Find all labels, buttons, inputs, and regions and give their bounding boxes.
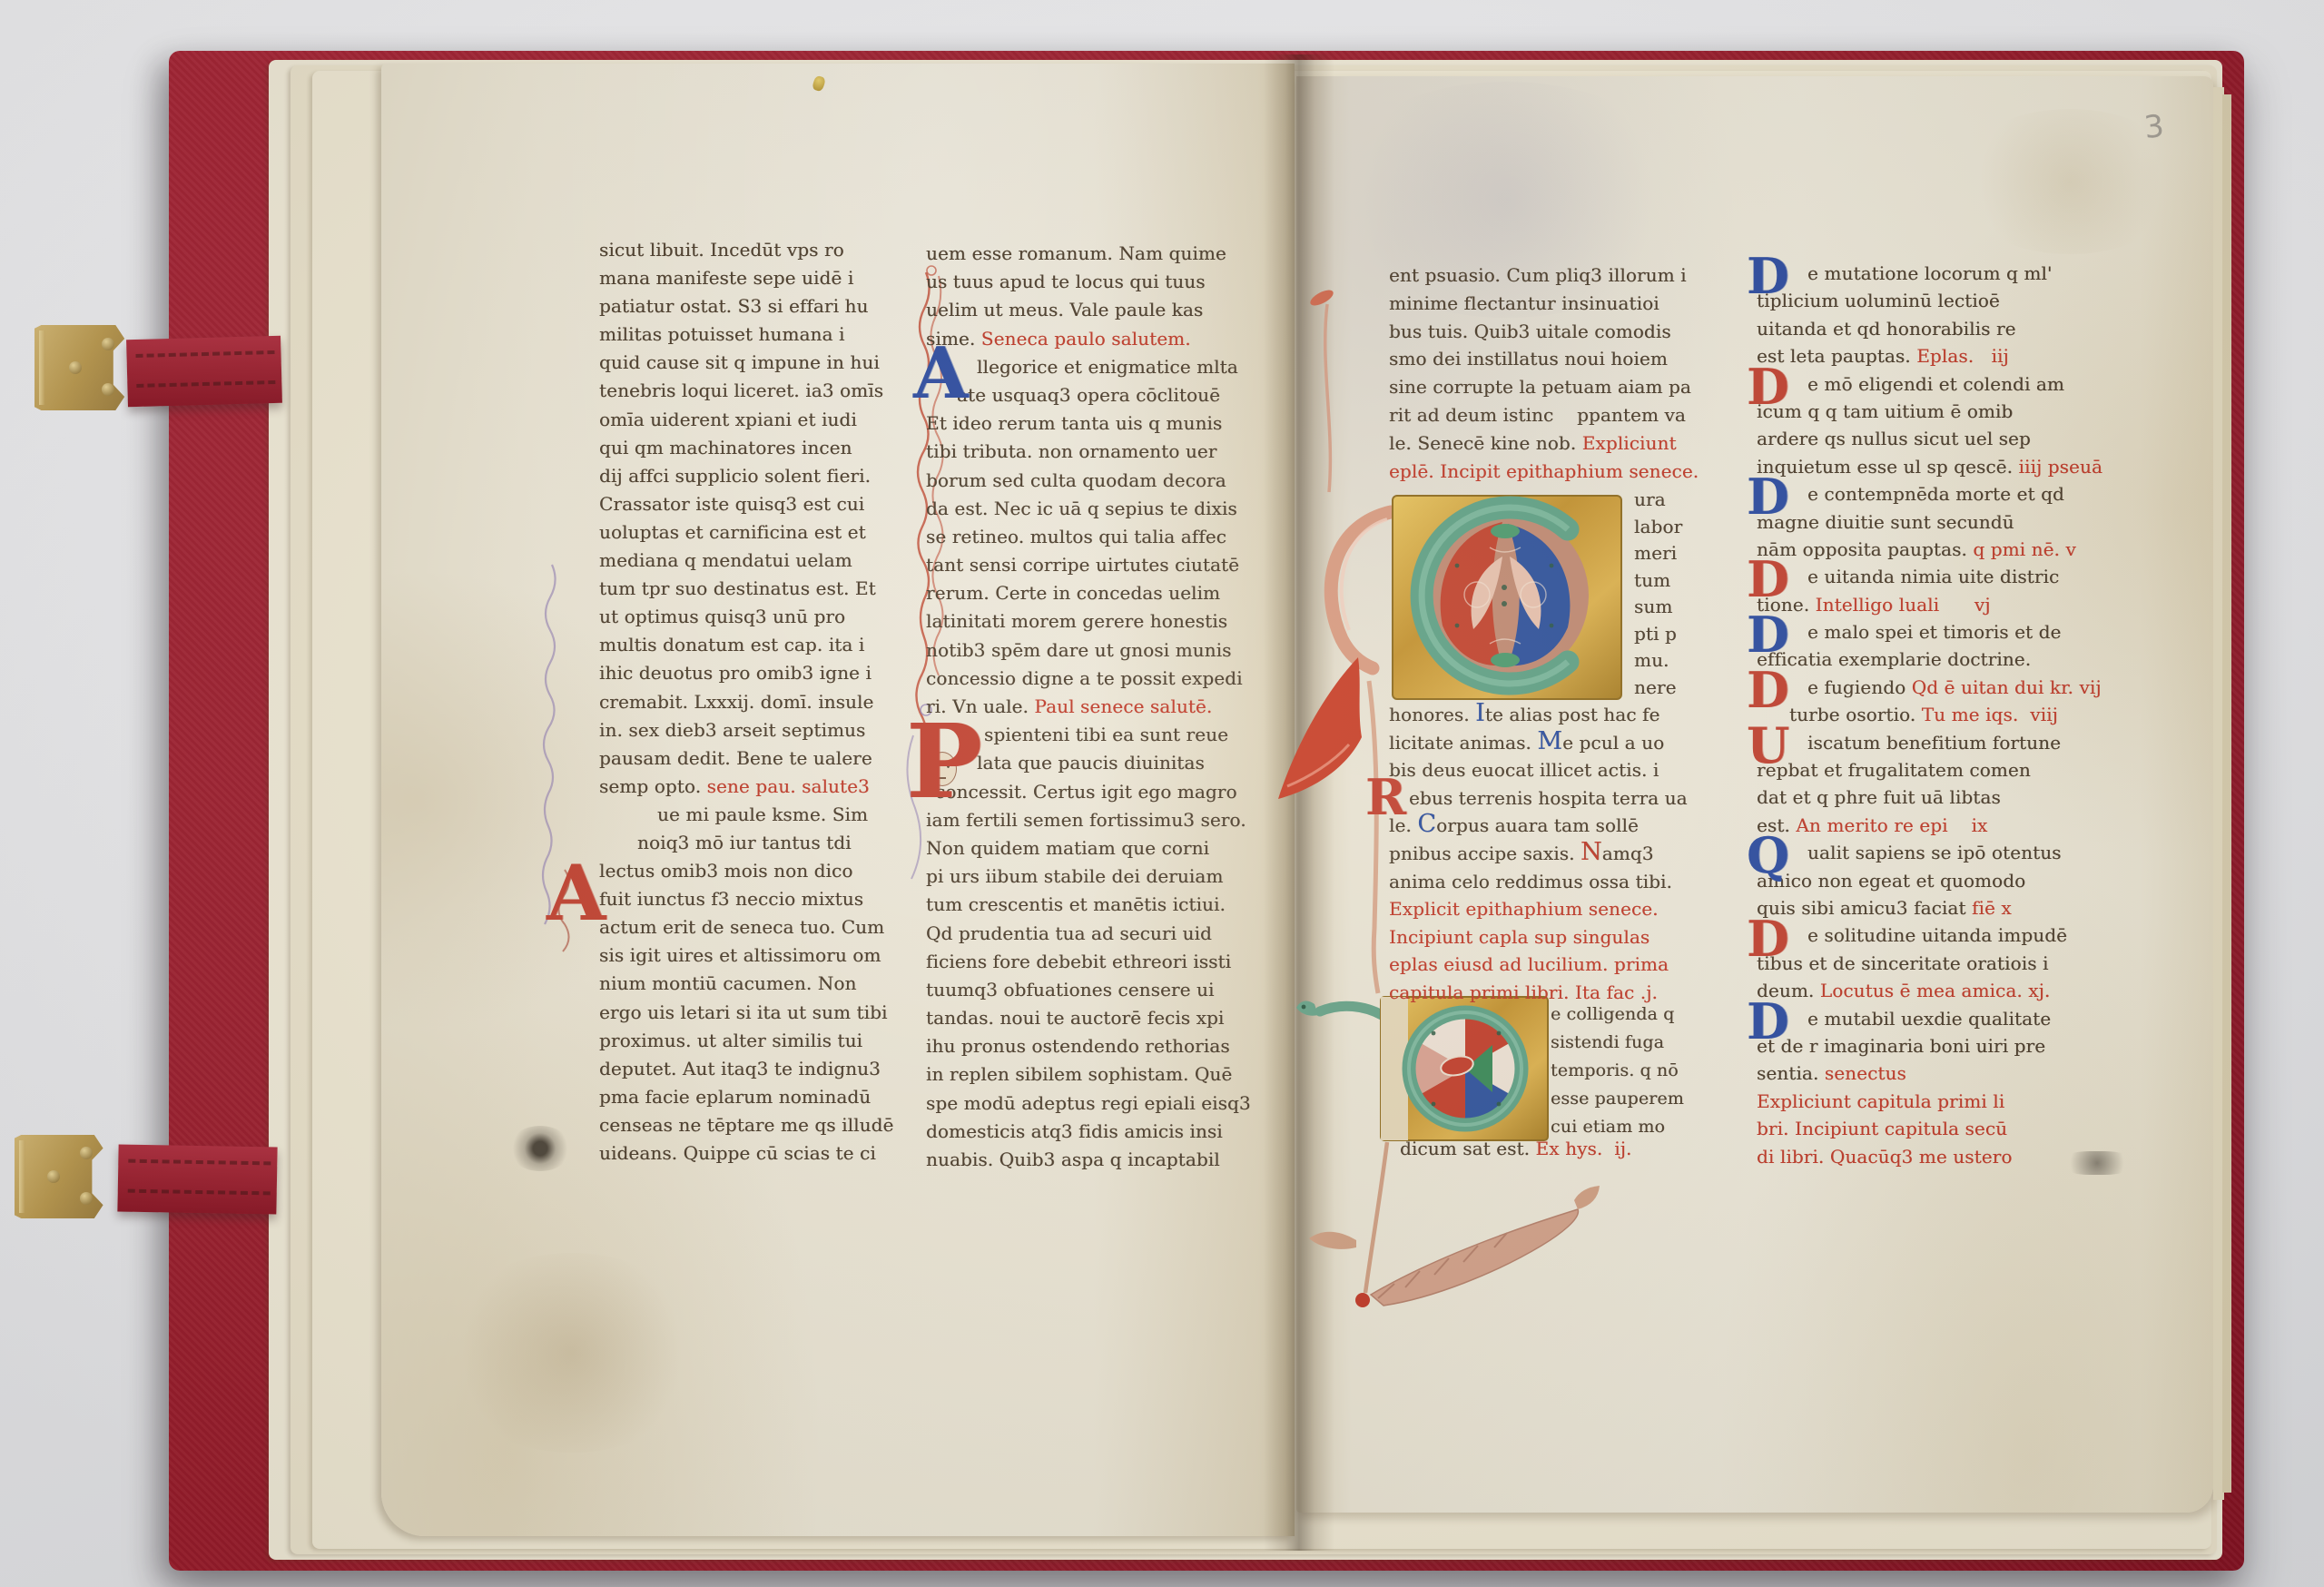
text-line: Explicit epithaphium senece. — [1389, 895, 1678, 923]
text-line: tum crescentis et manētis ictiui. — [926, 891, 1246, 919]
text-line: se retineo. multos qui talia affec — [926, 523, 1246, 551]
text-line: mediana q mendatui uelam — [599, 547, 882, 575]
text-line: pausam dedit. Bene te ualere — [599, 744, 882, 773]
text-line: dat et q phre fuit uā libtas — [1757, 784, 2094, 811]
text-line: ut optimus quisq3 unū pro — [599, 603, 882, 631]
text-line: tant sensi corripe uirtutes ciutatē — [926, 551, 1246, 579]
text-line: uitanda et qd honorabilis re — [1757, 315, 2094, 342]
text-line: labor — [1634, 514, 1716, 541]
text-line: sicut libuit. Incedūt vps ro — [599, 236, 882, 264]
text-line: dicum sat est. Ex hys. ij. — [1400, 1135, 1699, 1162]
pen-initial-U: U — [1747, 725, 1789, 765]
text-line: repbat et frugalitatem comen — [1757, 756, 2094, 784]
text-line: tibi tributa. non ornamento uer — [926, 438, 1246, 466]
text-line: Crassator iste quisq3 est cui — [599, 490, 882, 518]
pen-initial-Q: Q — [1747, 835, 1789, 875]
text-line: uideans. Quippe cū scias te ci — [599, 1139, 882, 1168]
pen-initial-P: P — [906, 721, 982, 804]
text-line: eplē. Incipit epithaphium senece. — [1389, 458, 1678, 486]
text-line: e malo spei et timoris et de — [1757, 618, 2094, 646]
text-line: meri — [1634, 540, 1716, 567]
text-line: tenebris loqui liceret. ia3 omīs — [599, 377, 882, 405]
text-line: ihic deuotus pro omib3 igne i — [599, 659, 882, 687]
text-line: nium montiū cacumen. Non — [599, 970, 882, 998]
text-line: ate usquaq3 opera cōclitouē — [926, 381, 1246, 409]
text-line: sis igit uires et altissimoru om — [599, 941, 882, 970]
text-line: sum — [1634, 594, 1716, 621]
text-line: us tuus apud te locus qui tuus — [926, 268, 1246, 296]
text-line: concessio digne a te possit expedi — [926, 665, 1246, 693]
text-line: latinitati morem gerere honestis — [926, 607, 1246, 636]
text-line: uelim ut meus. Vale paule kas — [926, 296, 1246, 324]
text-line: domesticis atq3 fidis amicis insi — [926, 1118, 1246, 1146]
text-line: est leta pauptas. Eplas. iij — [1757, 342, 2094, 370]
manuscript-photo: sicut libuit. Incedūt vps romana manifes… — [0, 0, 2324, 1587]
text-layer: sicut libuit. Incedūt vps romana manifes… — [0, 0, 2324, 1587]
text-line: bri. Incipiunt capitula secū — [1757, 1115, 2094, 1142]
text-line: le. Senecē kine nob. Expliciunt — [1389, 429, 1678, 458]
text-line: qui qm machinatores incen — [599, 434, 882, 462]
text-line: noiq3 mō iur tantus tdi — [599, 829, 882, 857]
pen-initial-D: D — [1747, 1001, 1789, 1041]
text-line: amico non egeat et quomodo — [1757, 867, 2094, 894]
right-col2: e mutatione locorum q ml'tiplicium uolum… — [1757, 260, 2094, 1170]
text-line: mana manifeste sepe uidē i — [599, 264, 882, 292]
text-line: deum. Locutus ē mea amica. xj. — [1757, 977, 2094, 1004]
text-line: ura — [1634, 487, 1716, 514]
text-line: Qd prudentia tua ad securi uid — [926, 920, 1246, 948]
text-line: di libri. Quacūq3 me ustero — [1757, 1143, 2094, 1170]
text-line: ihu pronus ostendendo rethorias — [926, 1032, 1246, 1060]
text-line: magne diuitie sunt secundū — [1757, 508, 2094, 536]
text-line: icum q q tam uitium ē omib — [1757, 398, 2094, 425]
text-line: sine corrupte la petuam aiam pa — [1389, 373, 1678, 401]
right-col1-top: ent psuasio. Cum pliq3 illorum iminime f… — [1389, 261, 1678, 485]
text-line: borum sed culta quodam decora — [926, 467, 1246, 495]
text-line: tandas. noui te auctorē fecis xpi — [926, 1004, 1246, 1032]
text-line: et de r imaginaria boni uiri pre — [1757, 1032, 2094, 1060]
text-line: da est. Nec ic uā q sepius te dixis — [926, 495, 1246, 523]
text-line: proximus. ut alter similis tui — [599, 1027, 882, 1055]
pen-initial-A: A — [547, 862, 606, 925]
text-line: sistendi fuga — [1551, 1029, 1678, 1057]
text-line: ficiens fore debebit ethreori issti — [926, 948, 1246, 976]
text-line: efficatia exemplarie doctrine. — [1757, 646, 2094, 673]
text-line: notib3 spēm dare ut gnosi munis — [926, 636, 1246, 665]
text-line: e mutabil uexdie qualitate — [1757, 1005, 2094, 1032]
text-line: est. An merito re epi ix — [1757, 812, 2094, 839]
pen-initial-D: D — [1747, 559, 1789, 599]
text-line: tum tpr suo destinatus est. Et — [599, 575, 882, 603]
text-line: quid cause sit q impune in hui — [599, 349, 882, 377]
text-line: Incipiunt capla sup singulas — [1389, 923, 1678, 951]
text-line: pi urs iibum stabile dei deruiam — [926, 862, 1246, 891]
text-line: deputet. Aut itaq3 te indignu3 — [599, 1055, 882, 1083]
text-line: spe modū adeptus regi epiali eisq3 — [926, 1089, 1246, 1118]
text-line: in replen sibilem sophistam. Quē — [926, 1060, 1246, 1089]
text-line: e contempnēda morte et qd — [1757, 480, 2094, 508]
text-line: minime flectantur insinuatioi — [1389, 290, 1678, 318]
text-line: temporis. q nō — [1551, 1057, 1678, 1085]
text-line: ardere qs nullus sicut uel sep — [1757, 425, 2094, 452]
right-col1-beside-d: e colligenda qsistendi fugatemporis. q n… — [1551, 1000, 1678, 1141]
text-line: e mutatione locorum q ml' — [1757, 260, 2094, 287]
text-line: censeas ne tēptare me qs illudē — [599, 1111, 882, 1139]
text-line: tione. Intelligo luali vj — [1757, 591, 2094, 618]
text-line: iscatum benefitium fortune — [1757, 729, 2094, 756]
text-line: lectus omib3 mois non dico — [599, 857, 882, 885]
text-line: esse pauperem — [1551, 1085, 1678, 1113]
text-line: cremabit. Lxxxij. domī. insule — [599, 688, 882, 716]
folio-number: 3 — [2142, 108, 2166, 146]
text-line: nuabis. Quib3 aspa q incaptabil — [926, 1146, 1246, 1174]
text-line: sentia. senectus — [1757, 1060, 2094, 1087]
left-col1: sicut libuit. Incedūt vps romana manifes… — [599, 236, 882, 1168]
text-line: Non quidem matiam que corni — [926, 834, 1246, 862]
text-line: pti p — [1634, 621, 1716, 648]
text-line: eplas eiusd ad lucilium. prima — [1389, 951, 1678, 979]
text-line: pma facie eplarum nominadū — [599, 1083, 882, 1111]
right-col1-beside-c: uralabormeritumsumpti pmu.nere — [1634, 487, 1716, 701]
text-line: bus tuis. Quib3 uitale comodis — [1389, 318, 1678, 346]
text-line: sime. Seneca paulo salutem. — [926, 325, 1246, 353]
text-line: e mō eligendi et colendi am — [1757, 370, 2094, 398]
text-line: semp opto. sene pau. salute3 — [599, 773, 882, 801]
text-line: pnibus accipe saxis. Namq3 — [1389, 840, 1678, 868]
text-line: actum erit de seneca tuo. Cum — [599, 913, 882, 941]
pen-initial-D: D — [1747, 477, 1789, 517]
text-line: turbe osortio. Tu me iqs. viij — [1757, 701, 2094, 728]
text-line: e colligenda q — [1551, 1000, 1678, 1029]
text-line: multis donatum est cap. ita i — [599, 631, 882, 659]
text-line: in. sex dieb3 arseit septimus — [599, 716, 882, 744]
text-line: ent psuasio. Cum pliq3 illorum i — [1389, 261, 1678, 290]
text-line: e uitanda nimia uite distric — [1757, 563, 2094, 590]
text-line: llegorice et enigmatice mlta — [926, 353, 1246, 381]
text-line: uoluptas et carnificina est et — [599, 518, 882, 547]
text-line: anima celo reddimus ossa tibi. — [1389, 868, 1678, 896]
pen-initial-D: D — [1747, 256, 1789, 296]
text-line: tuumq3 obfuationes censere ui — [926, 976, 1246, 1004]
text-line: uem esse romanum. Nam quime — [926, 240, 1246, 268]
text-line: rerum. Certe in concedas uelim — [926, 579, 1246, 607]
text-line: ue mi paule ksme. Sim — [599, 801, 882, 829]
pen-initial-D: D — [1747, 670, 1789, 710]
text-line: ebus terrenis hospita terra ua — [1389, 784, 1678, 813]
right-col1-bottom: dicum sat est. Ex hys. ij. — [1400, 1135, 1699, 1162]
text-line: bis deus euocat illicet actis. i — [1389, 756, 1678, 784]
text-line: licitate animas. Me pcul a uo — [1389, 729, 1678, 757]
pen-initial-R: R — [1365, 777, 1406, 817]
text-line: nām opposita pauptas. q pmi nē. v — [1757, 536, 2094, 563]
pen-initial-A: A — [913, 345, 969, 403]
pen-initial-D: D — [1747, 367, 1789, 407]
text-line: rit ad deum istinc ppantem va — [1389, 401, 1678, 429]
text-line: quis sibi amicu3 faciat fiē x — [1757, 894, 2094, 922]
text-line: ergo uis letari si ita ut sum tibi — [599, 999, 882, 1027]
text-line: dij affci supplicio solent fieri. — [599, 462, 882, 490]
text-line: e fugiendo Qd ē uitan dui kr. vij — [1757, 674, 2094, 701]
text-line: tum — [1634, 567, 1716, 595]
text-line: smo dei instillatus noui hoiem — [1389, 345, 1678, 373]
pen-initial-D: D — [1747, 615, 1789, 655]
text-line: fuit iunctus f3 neccio mixtus — [599, 885, 882, 913]
right-col1-mid: honores. Ite alias post hac felicitate a… — [1389, 701, 1678, 1007]
pen-initial-D: D — [1747, 919, 1789, 959]
text-line: nere — [1634, 675, 1716, 702]
text-line: inquietum esse ul sp qescē. iiij pseuā — [1757, 453, 2094, 480]
text-line: e solitudine uitanda impudē — [1757, 922, 2094, 949]
text-line: patiatur ostat. S3 si effari hu — [599, 292, 882, 320]
text-line: ualit sapiens se ipō otentus — [1757, 839, 2094, 866]
text-line: militas potuisset humana i — [599, 320, 882, 349]
text-line: mu. — [1634, 647, 1716, 675]
text-line: tiplicium uoluminū lectioē — [1757, 287, 2094, 314]
text-line: honores. Ite alias post hac fe — [1389, 701, 1678, 729]
text-line: tibus et de sinceritate oratiois i — [1757, 950, 2094, 977]
text-line: Et ideo rerum tanta uis q munis — [926, 409, 1246, 438]
text-line: le. Corpus auara tam sollē — [1389, 812, 1678, 840]
text-line: Expliciunt capitula primi li — [1757, 1088, 2094, 1115]
text-line: omīa uiderent xpiani et iudi — [599, 406, 882, 434]
